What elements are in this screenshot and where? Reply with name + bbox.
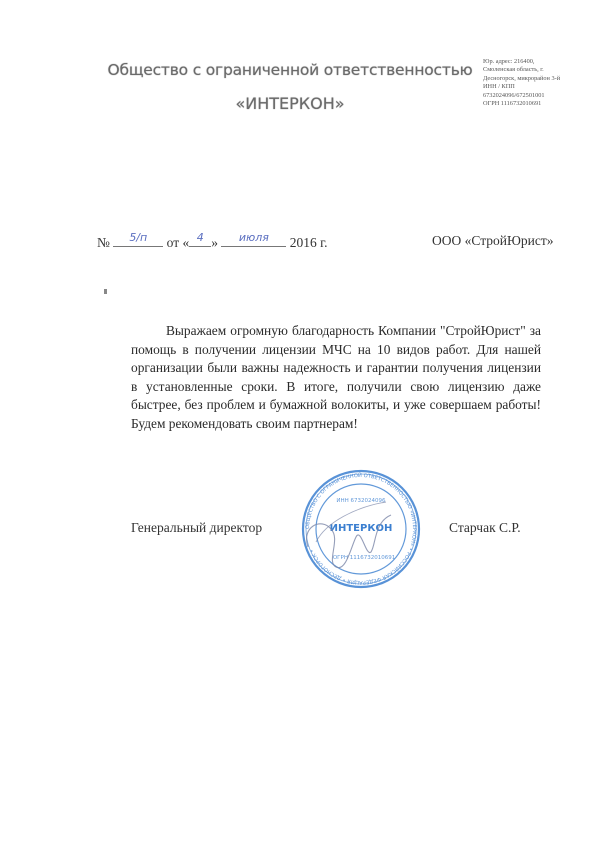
company-seal-icon: ОБЩЕСТВО С ОГРАНИЧЕННОЙ ОТВЕТСТВЕННОСТЬЮ… bbox=[296, 467, 426, 592]
address-line: Десногорск, микрорайон 3-й bbox=[483, 75, 593, 83]
scan-mark bbox=[104, 289, 107, 294]
signatory-name: Старчак С.Р. bbox=[449, 520, 521, 536]
address-line: 6732024096/672501001 bbox=[483, 92, 593, 100]
address-line: ИНН / КПП bbox=[483, 83, 593, 91]
stamp-ogrn: ОГРН 1116732010691 bbox=[333, 555, 395, 561]
day-blank: 4 bbox=[189, 232, 211, 247]
stamp-center: ИНТЕРКОН bbox=[330, 523, 393, 534]
recipient: ООО «СтройЮрист» bbox=[432, 233, 553, 249]
day-close: » bbox=[211, 235, 218, 250]
handwritten-month: июля bbox=[221, 231, 286, 244]
company-name-line2: «ИНТЕРКОН» bbox=[100, 94, 480, 113]
letter-body: Выражаем огромную благодарность Компании… bbox=[131, 322, 541, 434]
signatory-role: Генеральный директор bbox=[131, 520, 262, 536]
address-line: Юр. адрес: 216400, bbox=[483, 58, 593, 66]
address-line: ОГРН 1116732010691 bbox=[483, 100, 593, 108]
month-blank: июля bbox=[221, 232, 286, 247]
year-text: 2016 г. bbox=[290, 235, 328, 250]
number-label: № bbox=[97, 235, 110, 250]
handwritten-day: 4 bbox=[189, 231, 211, 244]
company-address-block: Юр. адрес: 216400, Смоленская область, г… bbox=[483, 58, 593, 108]
from-label: от « bbox=[167, 235, 190, 250]
address-line: Смоленская область, г. bbox=[483, 66, 593, 74]
number-blank: 5/п bbox=[113, 232, 163, 247]
handwritten-number: 5/п bbox=[113, 231, 163, 244]
body-paragraph: Выражаем огромную благодарность Компании… bbox=[131, 322, 541, 434]
company-name-line1: Общество с ограниченной ответственностью bbox=[100, 61, 480, 79]
reference-line: № 5/п от «4» июля 2016 г. bbox=[97, 232, 328, 251]
